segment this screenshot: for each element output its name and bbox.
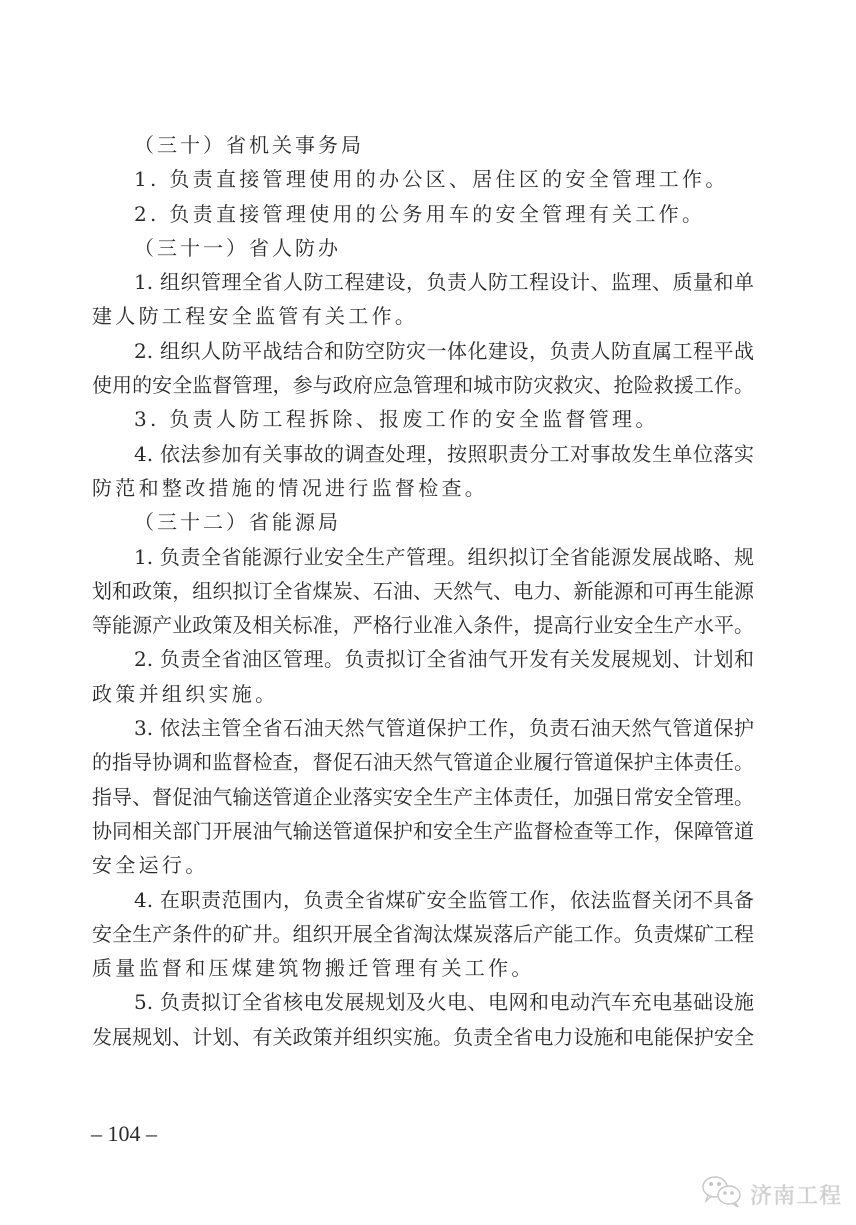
- paragraph-line: 指导、督促油气输送管道企业落实安全生产主体责任，加强日常安全管理。: [92, 780, 754, 814]
- page-number: – 104 –: [91, 1121, 157, 1147]
- paragraph-line: 安全生产条件的矿井。组织开展全省淘汰煤炭落后产能工作。负责煤矿工程: [92, 917, 754, 951]
- document-page: （三十）省机关事务局 1. 负责直接管理使用的办公区、居住区的安全管理工作。 2…: [92, 128, 754, 1054]
- section-heading-31: （三十一）省人防办: [92, 231, 754, 265]
- paragraph-line: 4. 依法参加有关事故的调查处理，按照职责分工对事故发生单位落实: [92, 437, 754, 471]
- section-heading-32: （三十二）省能源局: [92, 505, 754, 539]
- section-heading-30: （三十）省机关事务局: [92, 128, 754, 162]
- paragraph-line: 2. 负责直接管理使用的公务用车的安全管理有关工作。: [92, 197, 754, 231]
- paragraph-line: 质量监督和压煤建筑物搬迁管理有关工作。: [92, 951, 754, 985]
- paragraph-line: 4. 在职责范围内，负责全省煤矿安全监管工作，依法监督关闭不具备: [92, 883, 754, 917]
- paragraph-line: 1. 组织管理全省人防工程建设，负责人防工程设计、监理、质量和单: [92, 265, 754, 299]
- paragraph-line: 发展规划、计划、有关政策并组织实施。负责全省电力设施和电能保护安全: [92, 1020, 754, 1054]
- paragraph-line: 的指导协调和监督检查，督促石油天然气管道企业履行管道保护主体责任。: [92, 745, 754, 779]
- paragraph-line: 等能源产业政策及相关标准，严格行业准入条件，提高行业安全生产水平。: [92, 608, 754, 642]
- paragraph-line: 3. 依法主管全省石油天然气管道保护工作，负责石油天然气管道保护: [92, 711, 754, 745]
- paragraph-line: 1. 负责直接管理使用的办公区、居住区的安全管理工作。: [92, 162, 754, 196]
- paragraph-line: 防范和整改措施的情况进行监督检查。: [92, 471, 754, 505]
- paragraph-line: 建人防工程安全监管有关工作。: [92, 299, 754, 333]
- paragraph-line: 划和政策，组织拟订全省煤炭、石油、天然气、电力、新能源和可再生能源: [92, 574, 754, 608]
- paragraph-line: 2. 组织人防平战结合和防空防灾一体化建设，负责人防直属工程平战: [92, 334, 754, 368]
- paragraph-line: 政策并组织实施。: [92, 677, 754, 711]
- paragraph-line: 1. 负责全省能源行业安全生产管理。组织拟订全省能源发展战略、规: [92, 540, 754, 574]
- wechat-icon: [700, 1174, 744, 1214]
- paragraph-line: 2. 负责全省油区管理。负责拟订全省油气开发有关发展规划、计划和: [92, 642, 754, 676]
- watermark: 济南工程: [700, 1174, 842, 1214]
- paragraph-line: 安全运行。: [92, 848, 754, 882]
- watermark-text: 济南工程: [750, 1179, 842, 1210]
- paragraph-line: 协同相关部门开展油气输送管道保护和安全生产监督检查等工作，保障管道: [92, 814, 754, 848]
- paragraph-line: 使用的安全监督管理，参与政府应急管理和城市防灾救灾、抢险救援工作。: [92, 368, 754, 402]
- paragraph-line: 5. 负责拟订全省核电发展规划及火电、电网和电动汽车充电基础设施: [92, 985, 754, 1019]
- paragraph-line: 3. 负责人防工程拆除、报废工作的安全监督管理。: [92, 402, 754, 436]
